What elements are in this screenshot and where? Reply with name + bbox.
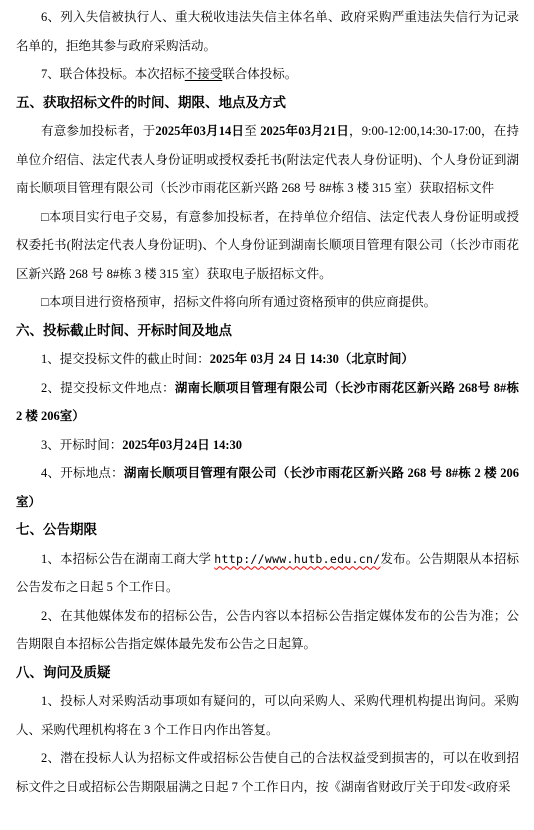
para-document-obtain: 有意参加投标者，于2025年03月14日至 2025年03月21日，9:00-1… — [16, 117, 519, 203]
obtain-text-lead: 有意参加投标者，于 — [41, 124, 155, 138]
bid-opening-time-value: 2025年03月24日 14:30 — [122, 438, 242, 452]
url-text: http://www.hutb.edu.cn/ — [214, 552, 380, 566]
prequalification-text: 本项目进行资格预审，招标文件将向所有通过资格预审的供应商提供。 — [49, 295, 437, 309]
clause-6-blacklist: 6、列入失信被执行人、重大税收违法失信主体名单、政府采购严重违法失信行为记录名单… — [16, 3, 519, 60]
item-announcement-other-media: 2、在其他媒体发布的招标公告，公告内容以本招标公告指定媒体发布的公告为准；公告期… — [16, 602, 519, 659]
para-prequalification-option: □本项目进行资格预审，招标文件将向所有通过资格预审的供应商提供。 — [16, 288, 519, 317]
section-7-heading: 七、公告期限 — [16, 516, 519, 545]
item-bid-opening-time: 3、开标时间：2025年03月24日 14:30 — [16, 431, 519, 460]
bid-submission-place-label: 2、提交投标文件地点： — [41, 381, 175, 395]
item-bid-deadline: 1、提交投标文件的截止时间：2025年 03月 24 日 14:30（北京时间） — [16, 345, 519, 374]
section-7-heading-text: 七、公告期限 — [16, 522, 97, 537]
obtain-start-date: 2025年03月14日 — [155, 124, 244, 138]
checkbox-icon: □ — [41, 295, 49, 309]
bid-deadline-value: 2025年 03月 24 日 14:30（北京时间） — [210, 352, 414, 366]
challenge-text: 2、潜在投标人认为招标文件或招标公告使自己的合法权益受到损害的，可以在收到招标文… — [16, 751, 519, 794]
bid-deadline-label: 1、提交投标文件的截止时间： — [41, 352, 210, 366]
section-6-heading-text: 六、投标截止时间、开标时间及地点 — [16, 323, 232, 338]
inquiry-text: 1、投标人对采购活动事项如有疑问的，可以向采购人、采购代理机构提出询问。采购人、… — [16, 694, 519, 737]
item-inquiry: 1、投标人对采购活动事项如有疑问的，可以向采购人、采购代理机构提出询问。采购人、… — [16, 687, 519, 744]
bid-opening-time-label: 3、开标时间： — [41, 438, 122, 452]
section-6-heading: 六、投标截止时间、开标时间及地点 — [16, 317, 519, 346]
bid-opening-place-label: 4、开标地点： — [41, 466, 124, 480]
clause-7-text-tail: 联合体投标。 — [222, 67, 297, 81]
item-bid-submission-place: 2、提交投标文件地点：湖南长顺项目管理有限公司（长沙市雨花区新兴路 268号 8… — [16, 374, 519, 431]
obtain-end-date: 2025年03月21日 — [260, 124, 349, 138]
obtain-text-mid: 至 — [244, 124, 260, 138]
section-5-heading: 五、获取招标文件的时间、期限、地点及方式 — [16, 89, 519, 118]
item-announcement-media: 1、本招标公告在湖南工商大学 http://www.hutb.edu.cn/发布… — [16, 545, 519, 602]
section-5-heading-text: 五、获取招标文件的时间、期限、地点及方式 — [16, 95, 286, 110]
clause-7-consortium: 7、联合体投标。本次招标不接受联合体投标。 — [16, 60, 519, 89]
announcement-media-lead: 1、本招标公告在湖南工商大学 — [41, 552, 214, 566]
para-electronic-trade-option: □本项目实行电子交易，有意参加投标者，在持单位介绍信、法定代表人身份证明或授权委… — [16, 203, 519, 289]
not-accepted-underlined-text: 不接受 — [185, 67, 223, 81]
document-page: 6、列入失信被执行人、重大税收违法失信主体名单、政府采购严重违法失信行为记录名单… — [0, 0, 534, 830]
electronic-trade-text: 本项目实行电子交易，有意参加投标者，在持单位介绍信、法定代表人身份证明或授权委托… — [16, 210, 519, 281]
clause-7-text-lead: 7、联合体投标。本次招标 — [41, 67, 185, 81]
checkbox-icon: □ — [41, 210, 49, 224]
announcement-other-media-text: 2、在其他媒体发布的招标公告，公告内容以本招标公告指定媒体发布的公告为准；公告期… — [16, 609, 519, 652]
item-bid-opening-place: 4、开标地点：湖南长顺项目管理有限公司（长沙市雨花区新兴路 268 号 8#栋 … — [16, 459, 519, 516]
item-challenge: 2、潜在投标人认为招标文件或招标公告使自己的合法权益受到损害的，可以在收到招标文… — [16, 744, 519, 801]
clause-6-text: 6、列入失信被执行人、重大税收违法失信主体名单、政府采购严重违法失信行为记录名单… — [16, 10, 519, 53]
section-8-heading: 八、询问及质疑 — [16, 659, 519, 688]
section-8-heading-text: 八、询问及质疑 — [16, 665, 111, 680]
